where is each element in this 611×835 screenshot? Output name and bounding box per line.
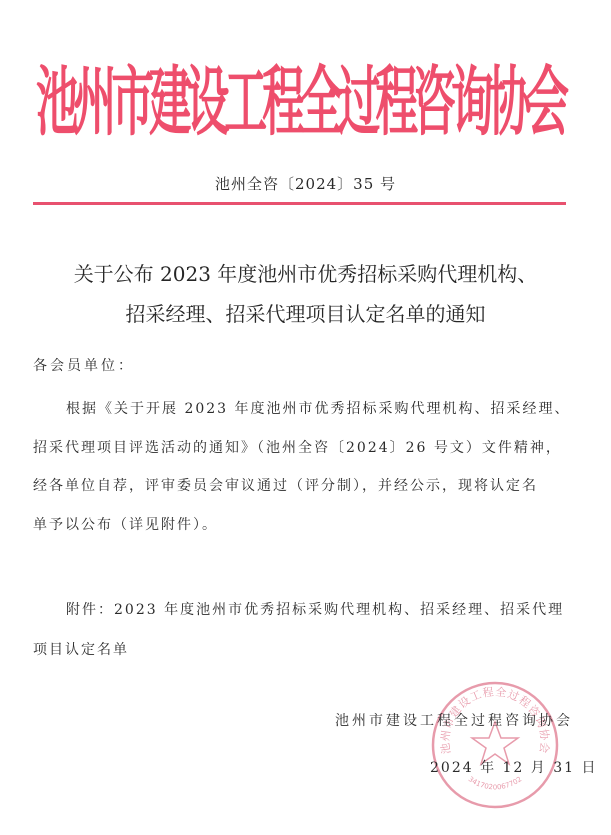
title-line-1: 关于公布 2023 年度池州市优秀招标采购代理机构、	[0, 254, 611, 294]
body-line-1: 根据《关于开展 2023 年度池州市优秀招标采购代理机构、招采经理、	[33, 390, 573, 429]
document-number: 池州全咨〔2024〕35 号	[0, 173, 611, 194]
salutation: 各会员单位：	[33, 355, 135, 375]
attachment-line-2: 项目认定名单	[33, 630, 573, 670]
attachment-line-1: 附件：2023 年度池州市优秀招标采购代理机构、招采经理、招采代理	[33, 590, 573, 630]
body-line-2: 招采代理项目评选活动的通知》（池州全咨〔2024〕26 号文）文件精神，	[33, 429, 573, 468]
svg-text:3417020067702: 3417020067702	[467, 775, 524, 791]
document-page: 池州市建设工程全过程咨询协会 池州全咨〔2024〕35 号 关于公布 2023 …	[0, 0, 611, 835]
attachment-note: 附件：2023 年度池州市优秀招标采购代理机构、招采经理、招采代理 项目认定名单	[33, 590, 573, 670]
body-line-4: 单予以公布（详见附件）。	[33, 506, 573, 545]
signature-date: 2024 年 12 月 31 日	[430, 757, 598, 777]
signature-organization: 池州市建设工程全过程咨询协会	[335, 710, 573, 730]
body-line-3: 经各单位自荐，评审委员会审议通过（评分制），并经公示，现将认定名	[33, 467, 573, 506]
body-paragraph: 根据《关于开展 2023 年度池州市优秀招标采购代理机构、招采经理、 招采代理项…	[33, 390, 573, 544]
title-line-2: 招采经理、招采代理项目认定名单的通知	[0, 294, 611, 334]
masthead-title: 池州市建设工程全过程咨询协会	[87, 27, 513, 165]
red-divider	[33, 202, 566, 205]
official-seal-icon: 池州市建设工程全过程咨询协会 3417020067702	[430, 680, 560, 810]
notice-title: 关于公布 2023 年度池州市优秀招标采购代理机构、 招采经理、招采代理项目认定…	[0, 254, 611, 334]
